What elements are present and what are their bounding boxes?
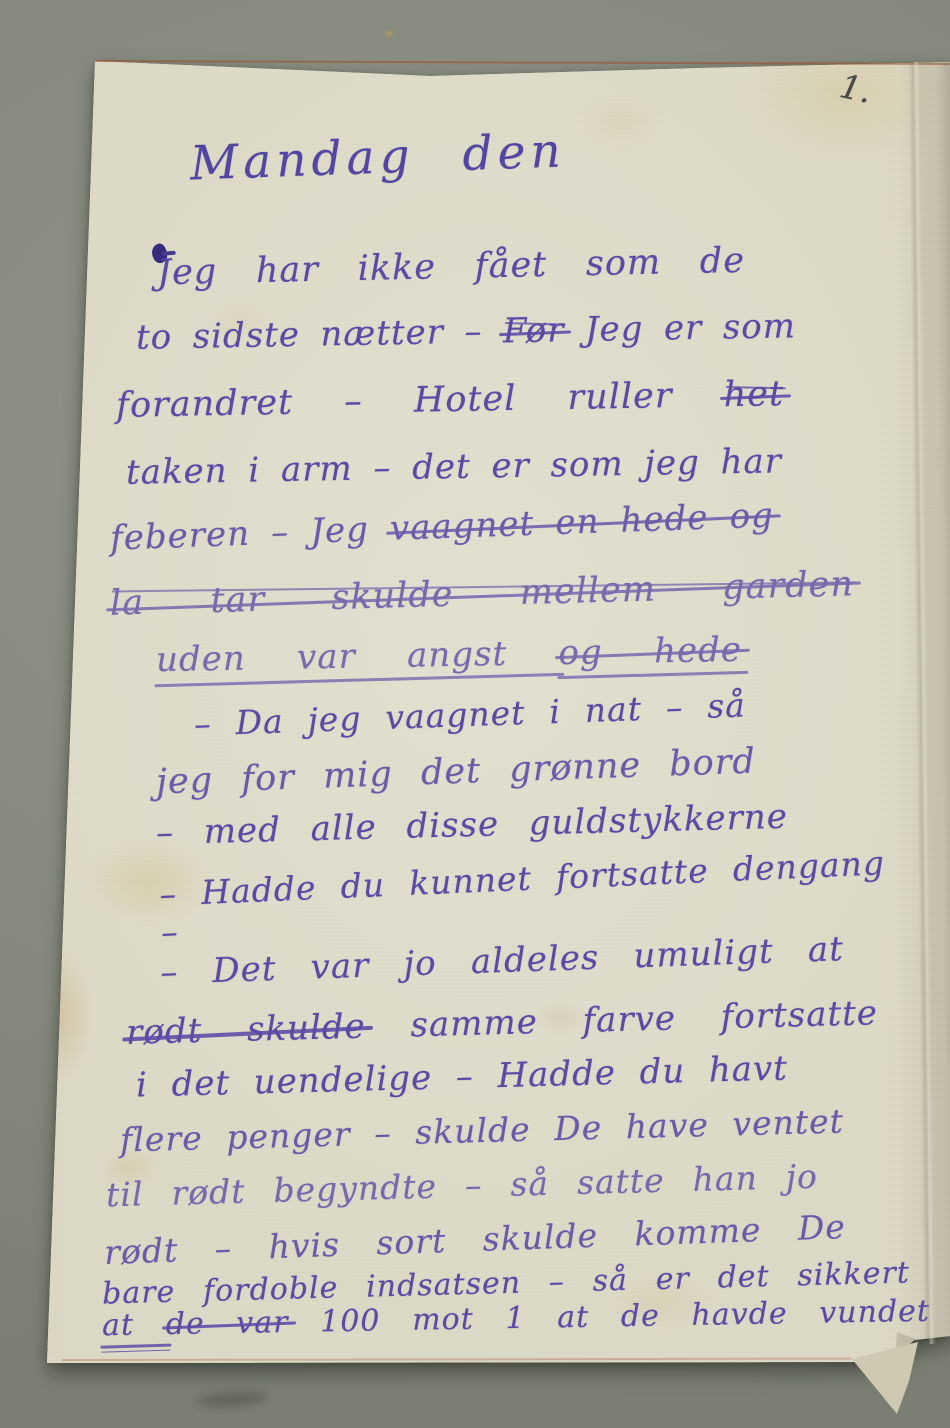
struck-text-segment: Før — [503, 310, 565, 351]
manuscript-photo: 1. Mandag den Jeg har ikke fået som de t… — [0, 0, 950, 1428]
struck-text-segment: het — [723, 374, 784, 415]
struck-text-segment: rødt skulde — [126, 1007, 367, 1053]
underlined-text-segment: at — [102, 1307, 166, 1343]
text-segment: to sidste nætter – — [136, 311, 504, 357]
manuscript-line: uden var angst og hede — [156, 631, 743, 680]
underlined-text-segment: uden var angst — [156, 633, 559, 680]
struck-underlined-text-segment: og hede — [558, 630, 742, 673]
text-segment: Jeg er som — [564, 306, 796, 350]
struck-text-segment: de var — [165, 1305, 288, 1342]
